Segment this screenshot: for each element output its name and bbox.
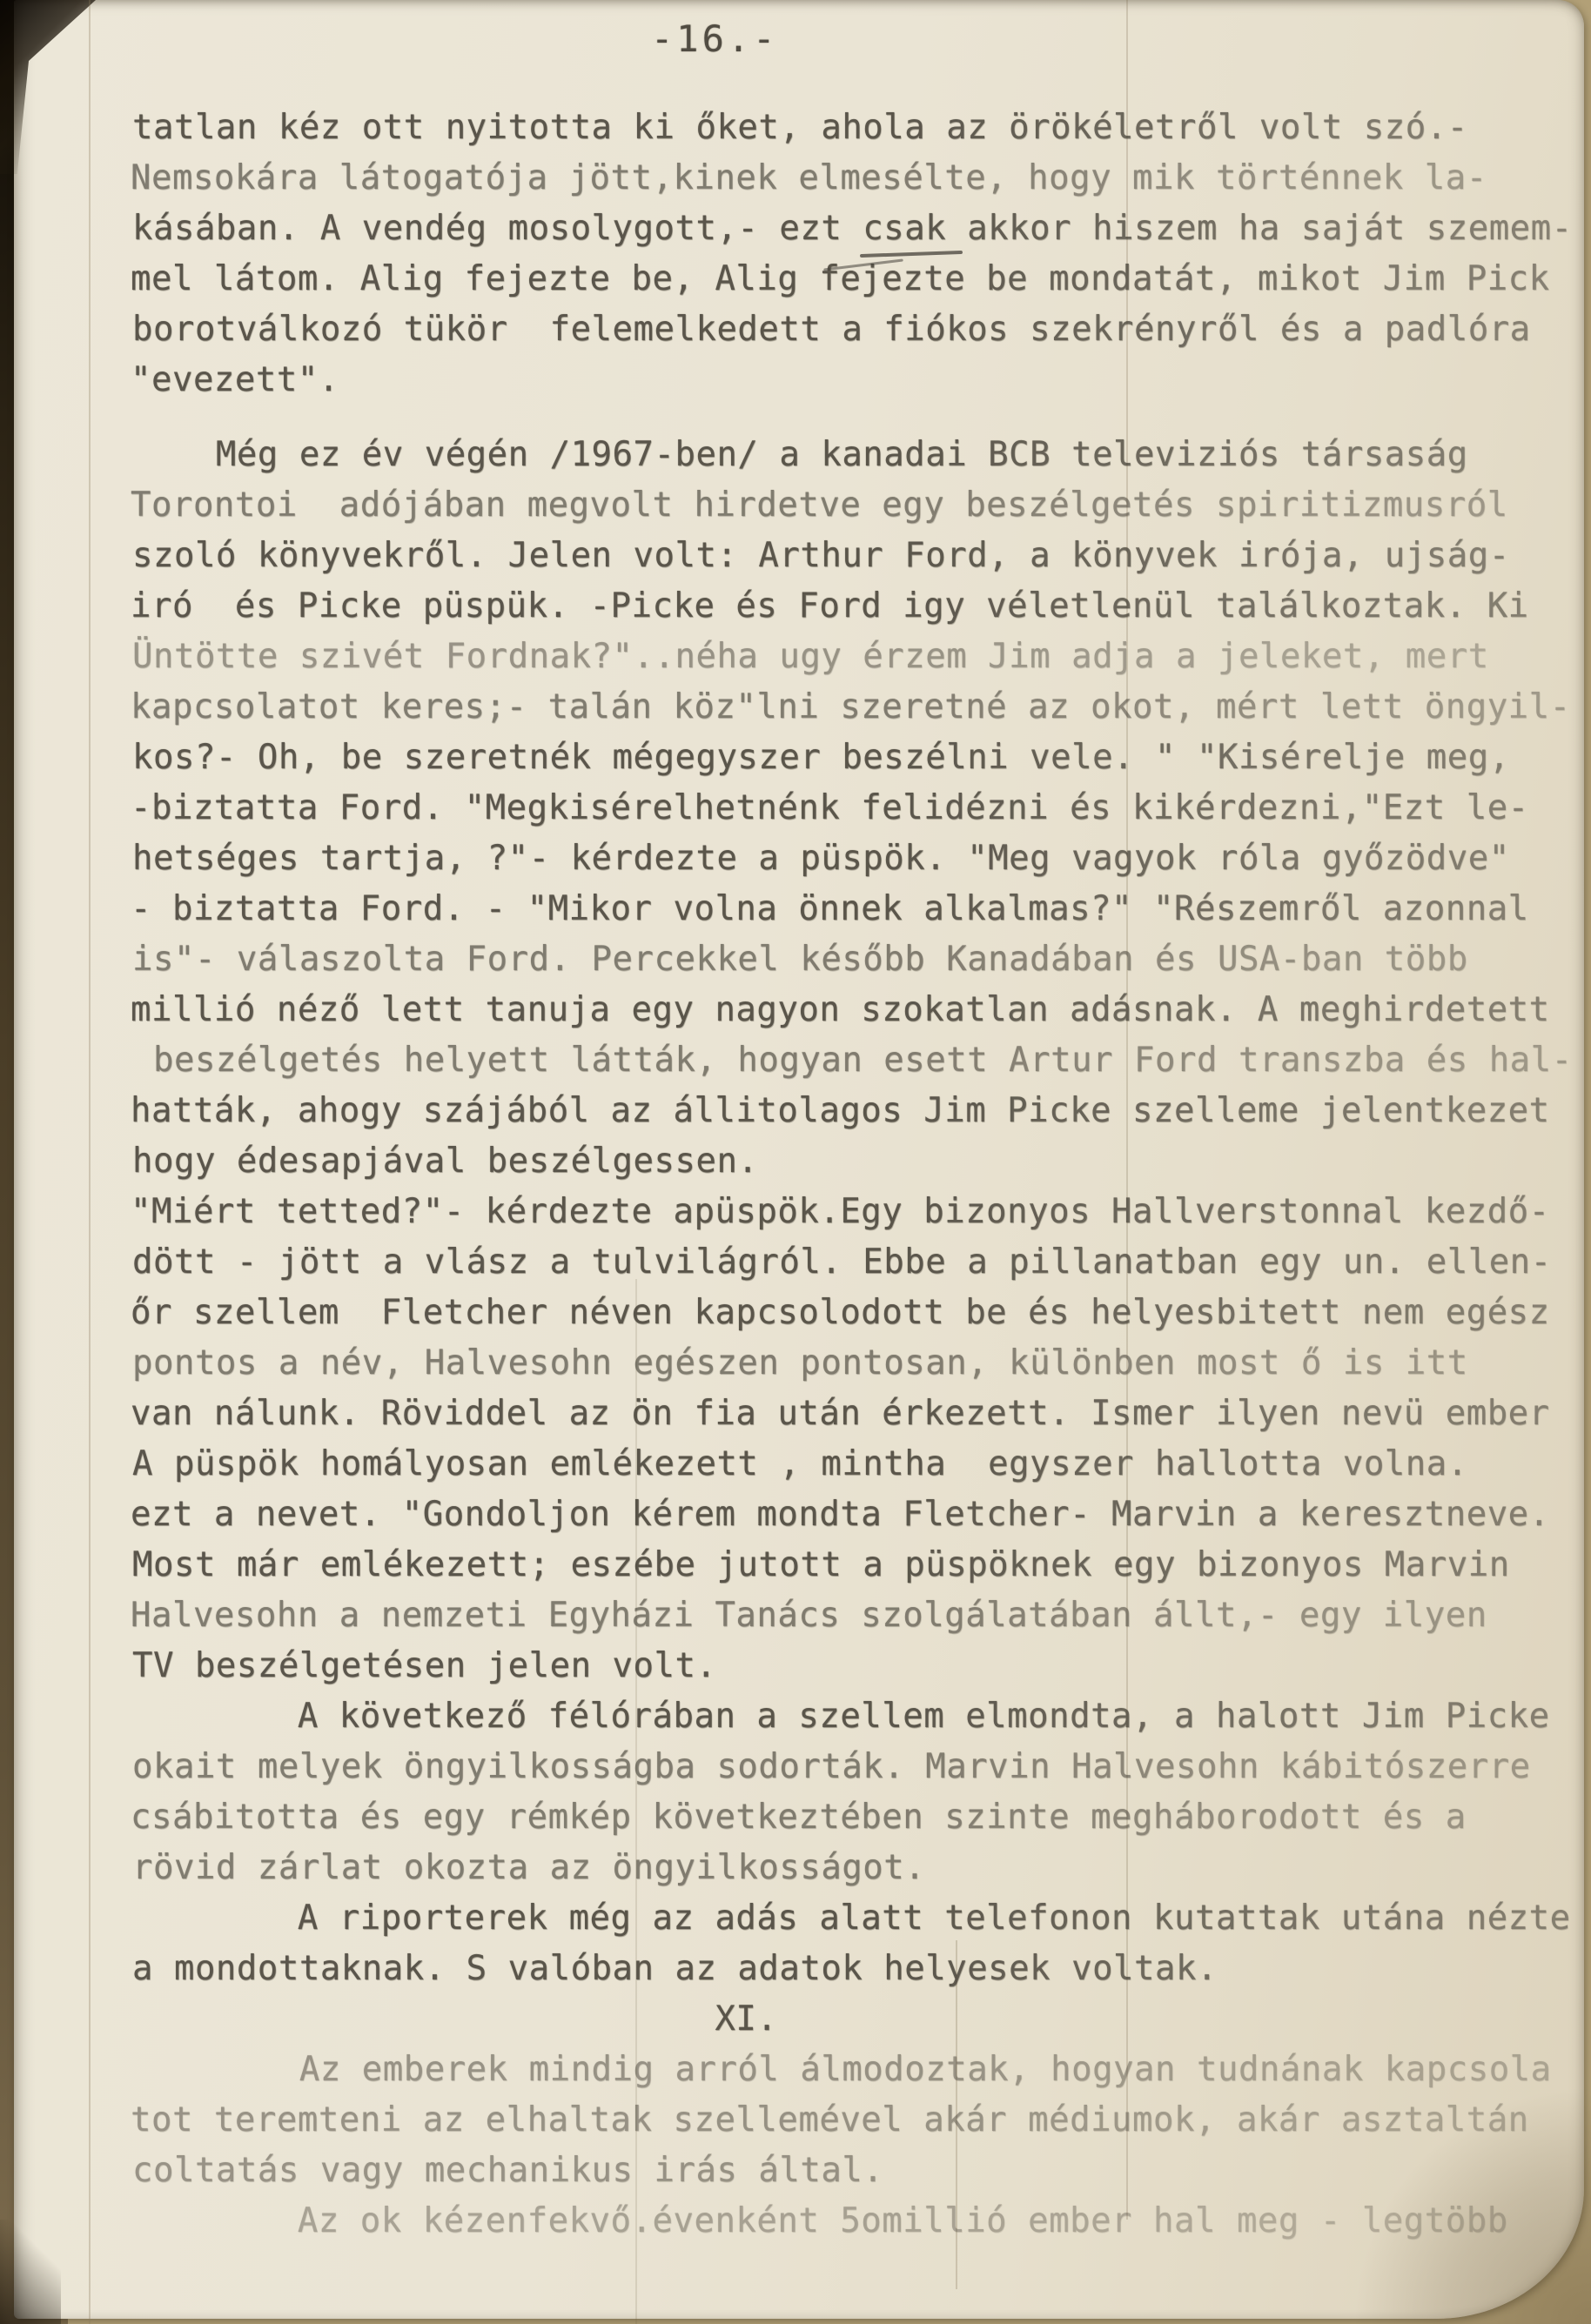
text-line: kos?- Oh, be szeretnék mégegyszer beszél…	[132, 733, 1591, 783]
text-line: kapcsolatot keres;- talán köz"lni szeret…	[131, 682, 1591, 733]
text-line: Torontoi adójában megvolt hirdetve egy b…	[131, 480, 1591, 531]
text-line: hogy édesapjával beszélgessen.	[132, 1136, 1591, 1187]
text-line: szoló könyvekről. Jelen volt: Arthur For…	[132, 531, 1591, 581]
text-line: - biztatta Ford. - "Mikor volna önnek al…	[131, 884, 1591, 934]
text-line: dött - jött a vlász a tulvilágról. Ebbe …	[132, 1237, 1591, 1288]
text-line: Még ez év végén /1967-ben/ a kanadai BCB…	[132, 430, 1591, 480]
text-line: a mondottaknak. S valóban az adatok hely…	[132, 1944, 1591, 1994]
text-line: tot teremteni az elhaltak szellemével ak…	[131, 2095, 1591, 2146]
text-line: Az ok kézenfekvő.évenként 5omillió ember…	[131, 2196, 1591, 2247]
text-line: A püspök homályosan emlékezett , mintha …	[132, 1439, 1591, 1490]
text-line: okait melyek öngyilkosságba sodorták. Ma…	[132, 1742, 1591, 1792]
text-line: millió néző lett tanuja egy nagyon szoka…	[131, 985, 1591, 1035]
document-text: tatlan kéz ott nyitotta ki őket, ahola a…	[131, 103, 1591, 2247]
page-number: -16.-	[651, 17, 778, 60]
scan-corner-shadow-bottom-left	[0, 2220, 61, 2324]
text-line: "evezett".	[131, 355, 1591, 405]
text-line: A következő félórában a szellem elmondta…	[131, 1691, 1591, 1742]
text-line: őr szellem Fletcher néven kapcsolodott b…	[131, 1288, 1591, 1338]
text-line: tatlan kéz ott nyitotta ki őket, ahola a…	[132, 103, 1591, 153]
text-line: -biztatta Ford. "Megkisérelhetnénk felid…	[131, 783, 1591, 834]
text-line: Üntötte szivét Fordnak?"..néha ugy érzem…	[132, 632, 1591, 682]
text-line: A riporterek még az adás alatt telefonon…	[131, 1893, 1591, 1944]
text-line: kásában. A vendég mosolygott,- ezt csak …	[132, 204, 1591, 254]
text-line: pontos a név, Halvesohn egészen pontosan…	[132, 1338, 1591, 1389]
text-line: Nemsokára látogatója jött,kinek elmesélt…	[131, 153, 1591, 204]
text-line: "Miért tetted?"- kérdezte apüspök.Egy bi…	[131, 1187, 1591, 1237]
text-line: rövid zárlat okozta az öngyilkosságot.	[132, 1843, 1591, 1893]
text-line: XI.	[131, 1994, 1591, 2045]
text-line: iró és Picke püspük. -Picke és Ford igy …	[131, 581, 1591, 632]
text-line: Most már emlékezett; eszébe jutott a püs…	[132, 1540, 1591, 1591]
text-line: hetséges tartja, ?"- kérdezte a püspök. …	[132, 834, 1591, 884]
text-line: mel látom. Alig fejezte be, Alig fejezte…	[131, 254, 1591, 305]
paper-fold-edge	[89, 0, 91, 2324]
text-line: beszélgetés helyett látták, hogyan esett…	[132, 1035, 1591, 1086]
text-line: is"- válaszolta Ford. Percekkel később K…	[132, 934, 1591, 985]
text-line: csábitotta és egy rémkép következtében s…	[131, 1792, 1591, 1843]
text-line: Az emberek mindig arról álmodoztak, hogy…	[132, 2045, 1591, 2095]
text-line: van nálunk. Röviddel az ön fia után érke…	[131, 1389, 1591, 1439]
scanned-document: { "document": { "page_number": "-16.-", …	[0, 0, 1591, 2324]
text-line: borotválkozó tükör felemelkedett a fióko…	[132, 305, 1591, 355]
text-line: coltatás vagy mechanikus irás által.	[132, 2146, 1591, 2196]
text-line: TV beszélgetésen jelen volt.	[132, 1641, 1591, 1691]
text-line: Halvesohn a nemzeti Egyházi Tanács szolg…	[131, 1591, 1591, 1641]
text-line: hatták, ahogy szájából az állitolagos Ji…	[131, 1086, 1591, 1136]
text-line: ezt a nevet. "Gondoljon kérem mondta Fle…	[131, 1490, 1591, 1540]
